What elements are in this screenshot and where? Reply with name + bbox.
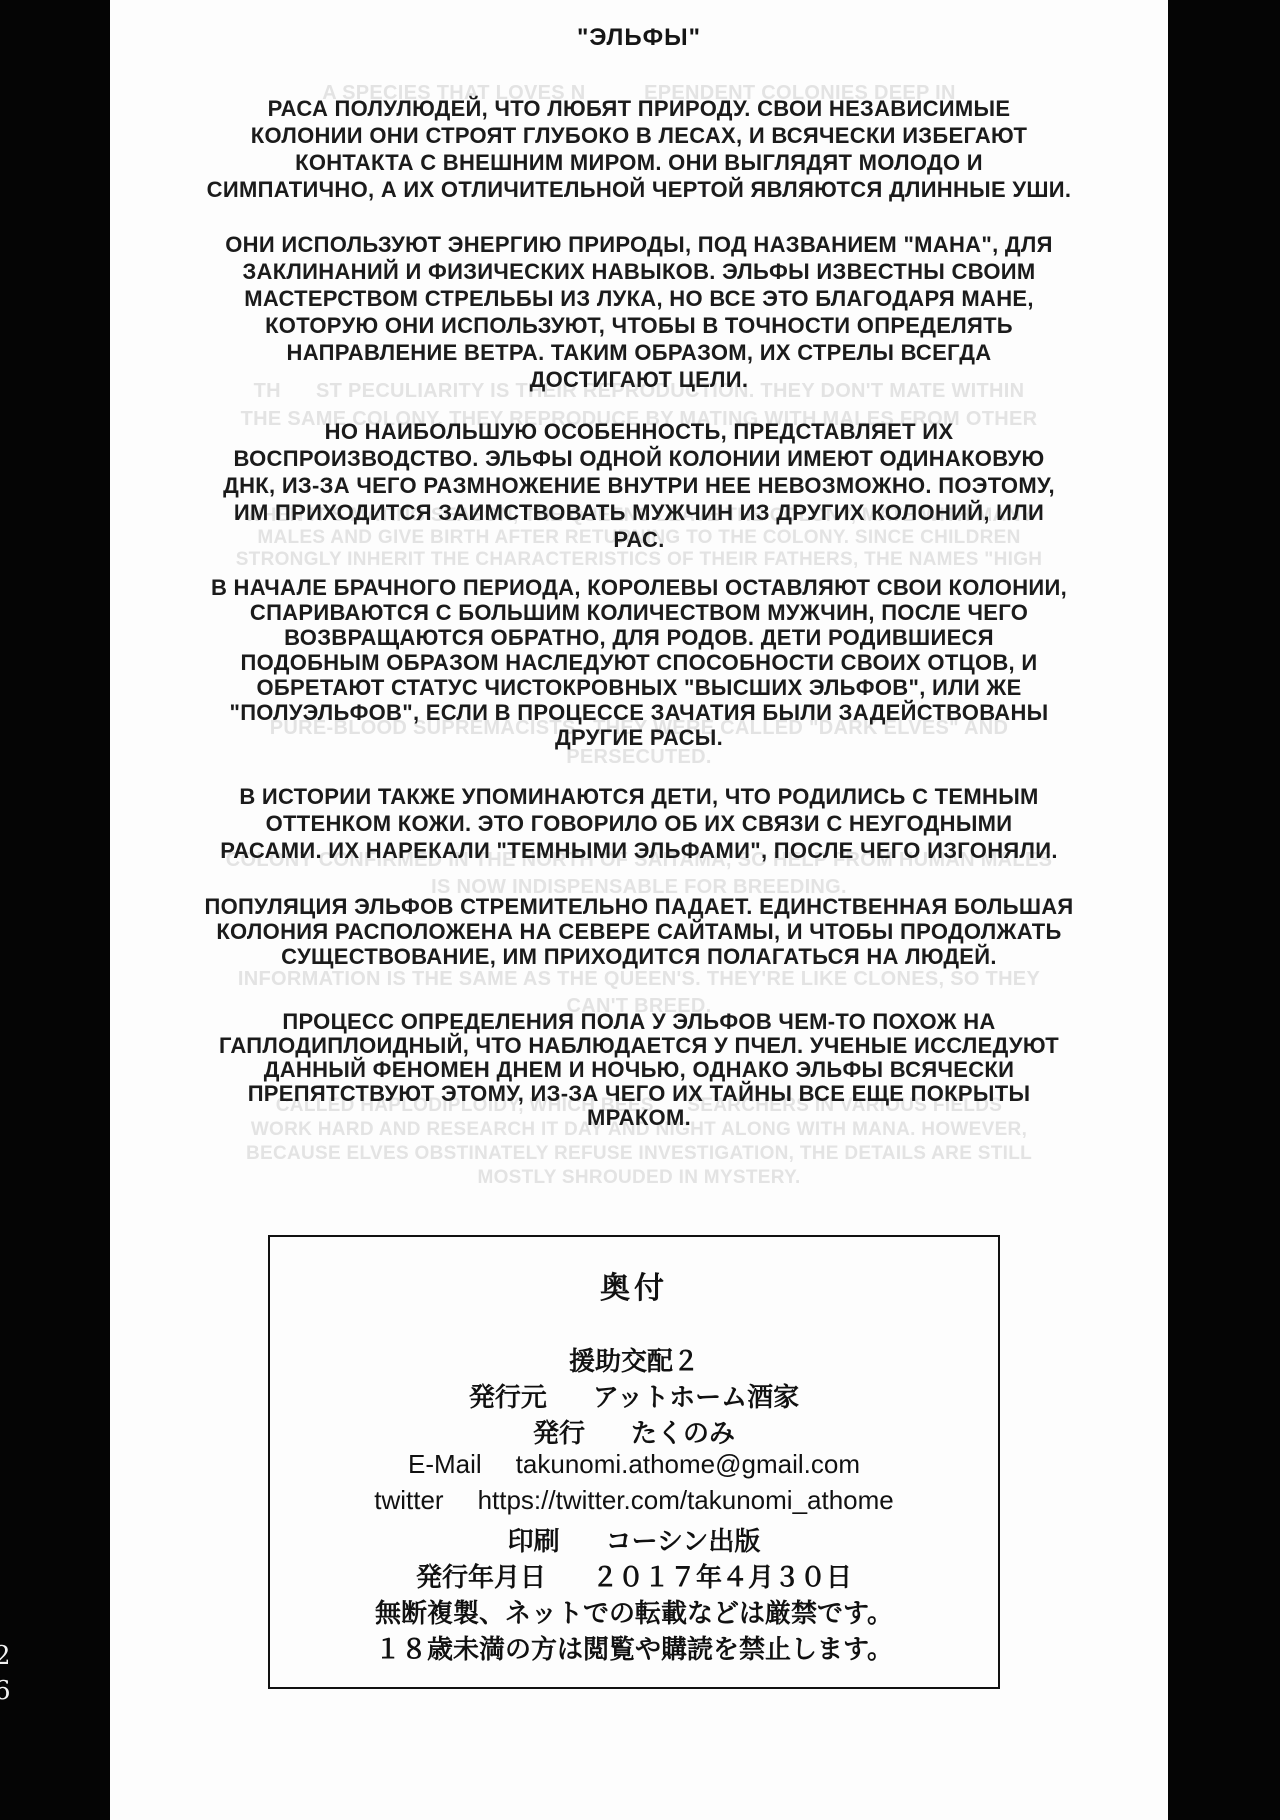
text-line: ДАННЫЙ ФЕНОМЕН ДНЕМ И НОЧЬЮ, ОДНАКО ЭЛЬФ…	[138, 1058, 1140, 1082]
text-line: НО НАИБОЛЬШУЮ ОСОБЕННОСТЬ, ПРЕДСТАВЛЯЕТ …	[138, 418, 1140, 445]
colophon-publisher-line: 発行元 アットホーム酒家	[270, 1377, 998, 1414]
colophon-value: たくのみ	[631, 1413, 735, 1450]
colophon-label: 印刷	[508, 1521, 560, 1558]
text-line: ДОСТИГАЮТ ЦЕЛИ.	[138, 366, 1140, 393]
text-line: ОНИ ИСПОЛЬЗУЮТ ЭНЕРГИЮ ПРИРОДЫ, ПОД НАЗВ…	[138, 231, 1140, 258]
paragraph-species: РАСА ПОЛУЛЮДЕЙ, ЧТО ЛЮБЯТ ПРИРОДУ. СВОИ …	[138, 95, 1140, 203]
text-line: СПАРИВАЮТСЯ С БОЛЬШИМ КОЛИЧЕСТВОМ МУЖЧИН…	[138, 600, 1140, 625]
text-line: ОТТЕНКОМ КОЖИ. ЭТО ГОВОРИЛО ОБ ИХ СВЯЗИ …	[138, 810, 1140, 837]
text-line: КОЛОНИЯ РАСПОЛОЖЕНА НА СЕВЕРЕ САЙТАМЫ, И…	[138, 919, 1140, 944]
paragraph-mana: ОНИ ИСПОЛЬЗУЮТ ЭНЕРГИЮ ПРИРОДЫ, ПОД НАЗВ…	[138, 231, 1140, 393]
colophon-label: 発行元	[469, 1377, 547, 1414]
colophon-copyright-line: 無断複製、ネットでの転載などは厳禁です。	[270, 1593, 998, 1630]
text-line: ПРОЦЕСС ОПРЕДЕЛЕНИЯ ПОЛА У ЭЛЬФОВ ЧЕМ-ТО…	[138, 1010, 1140, 1034]
colophon-circle-line: 発行 たくのみ	[270, 1413, 998, 1450]
colophon-value: 無断複製、ネットでの転載などは厳禁です。	[375, 1593, 893, 1630]
text-line: ПОДОБНЫМ ОБРАЗОМ НАСЛЕДУЮТ СПОСОБНОСТИ С…	[138, 650, 1140, 675]
text-line: INFORMATION IS THE SAME AS THE QUEEN'S. …	[126, 966, 1152, 993]
text-line: ДНК, ИЗ-ЗА ЧЕГО РАЗМНОЖЕНИЕ ВНУТРИ НЕЕ Н…	[138, 472, 1140, 499]
text-line: ОБРЕТАЮТ СТАТУС ЧИСТОКРОВНЫХ "ВЫСШИХ ЭЛЬ…	[138, 675, 1140, 700]
colophon-value: １８歳未満の方は閲覧や購読を禁止します。	[375, 1629, 893, 1666]
colophon-label: 発行年月日	[416, 1557, 546, 1594]
paragraph-haplodiploidy: ПРОЦЕСС ОПРЕДЕЛЕНИЯ ПОЛА У ЭЛЬФОВ ЧЕМ-ТО…	[138, 1010, 1140, 1130]
text-line: ГАПЛОДИПЛОИДНЫЙ, ЧТО НАБЛЮДАЕТСЯ У ПЧЕЛ.…	[138, 1034, 1140, 1058]
colophon-value: takunomi.athome@gmail.com	[516, 1449, 860, 1480]
text-line: ДРУГИЕ РАСЫ.	[138, 725, 1140, 750]
page-number-bottom: 6	[0, 1676, 11, 1706]
colophon-value: ２０１７年４月３０日	[592, 1557, 852, 1594]
text-line: КОТОРУЮ ОНИ ИСПОЛЬЗУЮТ, ЧТОБЫ В ТОЧНОСТИ…	[138, 312, 1140, 339]
colophon-label: twitter	[374, 1485, 443, 1516]
colophon-date-line: 発行年月日 ２０１７年４月３０日	[270, 1557, 998, 1594]
text-line: ВОЗВРАЩАЮТСЯ ОБРАТНО, ДЛЯ РОДОВ. ДЕТИ РО…	[138, 625, 1140, 650]
paragraph-reproduction: НО НАИБОЛЬШУЮ ОСОБЕННОСТЬ, ПРЕДСТАВЛЯЕТ …	[138, 418, 1140, 553]
colophon-email-line: E-Mail takunomi.athome@gmail.com	[270, 1449, 998, 1480]
text-line: НАПРАВЛЕНИЕ ВЕТРА. ТАКИМ ОБРАЗОМ, ИХ СТР…	[138, 339, 1140, 366]
text-line: MOSTLY SHROUDED IN MYSTERY.	[126, 1166, 1152, 1190]
colophon-twitter-line: twitter https://twitter.com/takunomi_ath…	[270, 1485, 998, 1516]
colophon-heading: 奥付	[270, 1263, 998, 1307]
colophon-value: アットホーム酒家	[593, 1377, 799, 1414]
paragraph-dark-elves: В ИСТОРИИ ТАКЖЕ УПОМИНАЮТСЯ ДЕТИ, ЧТО РО…	[138, 783, 1140, 864]
text-line: ПОПУЛЯЦИЯ ЭЛЬФОВ СТРЕМИТЕЛЬНО ПАДАЕТ. ЕД…	[138, 894, 1140, 919]
text-line: "ПОЛУЭЛЬФОВ", ЕСЛИ В ПРОЦЕССЕ ЗАЧАТИЯ БЫ…	[138, 700, 1140, 725]
text-line: МРАКОМ.	[138, 1106, 1140, 1130]
paragraph-mating-season: В НАЧАЛЕ БРАЧНОГО ПЕРИОДА, КОРОЛЕВЫ ОСТА…	[138, 575, 1140, 750]
text-line: МАСТЕРСТВОМ СТРЕЛЬБЫ ИЗ ЛУКА, НО ВСЕ ЭТО…	[138, 285, 1140, 312]
text-line: ИМ ПРИХОДИТСЯ ЗАИМСТВОВАТЬ МУЖЧИН ИЗ ДРУ…	[138, 499, 1140, 526]
colophon-box: 奥付 援助交配２ 発行元 アットホーム酒家 発行 たくのみ E-Mail tak…	[268, 1235, 1000, 1689]
text-line: ВОСПРОИЗВОДСТВО. ЭЛЬФЫ ОДНОЙ КОЛОНИИ ИМЕ…	[138, 445, 1140, 472]
colophon-value: https://twitter.com/takunomi_athome	[478, 1485, 894, 1516]
colophon-value: コーシン出版	[606, 1521, 761, 1558]
colophon-label: 発行	[533, 1413, 585, 1450]
text-line: РАСАМИ. ИХ НАРЕКАЛИ "ТЕМНЫМИ ЭЛЬФАМИ", П…	[138, 837, 1140, 864]
colophon-printer-line: 印刷 コーシン出版	[270, 1521, 998, 1558]
text-line: КОЛОНИИ ОНИ СТРОЯТ ГЛУБОКО В ЛЕСАХ, И ВС…	[138, 122, 1140, 149]
text-line: В НАЧАЛЕ БРАЧНОГО ПЕРИОДА, КОРОЛЕВЫ ОСТА…	[138, 575, 1140, 600]
text-line: РАСА ПОЛУЛЮДЕЙ, ЧТО ЛЮБЯТ ПРИРОДУ. СВОИ …	[138, 95, 1140, 122]
colophon-value: 援助交配２	[569, 1341, 699, 1378]
text-line: ПРЕПЯТСТВУЮТ ЭТОМУ, ИЗ-ЗА ЧЕГО ИХ ТАЙНЫ …	[138, 1082, 1140, 1106]
text-line: BECAUSE ELVES OBSTINATELY REFUSE INVESTI…	[126, 1142, 1152, 1166]
colophon-title-line: 援助交配２	[270, 1341, 998, 1378]
text-line: РАС.	[138, 526, 1140, 553]
scanned-page: 2 6 "ЭЛЬФЫ" A SPECIES THAT LOVES N EPEND…	[0, 0, 1280, 1820]
page-title: "ЭЛЬФЫ"	[110, 24, 1168, 52]
text-line: КОНТАКТА С ВНЕШНИМ МИРОМ. ОНИ ВЫГЛЯДЯТ М…	[138, 149, 1140, 176]
page-number-top: 2	[0, 1641, 11, 1671]
text-line: СУЩЕСТВОВАНИЕ, ИМ ПРИХОДИТСЯ ПОЛАГАТЬСЯ …	[138, 944, 1140, 969]
page-content: "ЭЛЬФЫ" A SPECIES THAT LOVES N EPENDENT …	[110, 0, 1168, 1820]
text-line: ЗАКЛИНАНИЙ И ФИЗИЧЕСКИХ НАВЫКОВ. ЭЛЬФЫ И…	[138, 258, 1140, 285]
text-line: СИМПАТИЧНО, А ИХ ОТЛИЧИТЕЛЬНОЙ ЧЕРТОЙ ЯВ…	[138, 176, 1140, 203]
text-line: В ИСТОРИИ ТАКЖЕ УПОМИНАЮТСЯ ДЕТИ, ЧТО РО…	[138, 783, 1140, 810]
colophon-label: E-Mail	[408, 1449, 482, 1480]
colophon-age-warning-line: １８歳未満の方は閲覧や購読を禁止します。	[270, 1629, 998, 1666]
paragraph-population: ПОПУЛЯЦИЯ ЭЛЬФОВ СТРЕМИТЕЛЬНО ПАДАЕТ. ЕД…	[138, 894, 1140, 969]
